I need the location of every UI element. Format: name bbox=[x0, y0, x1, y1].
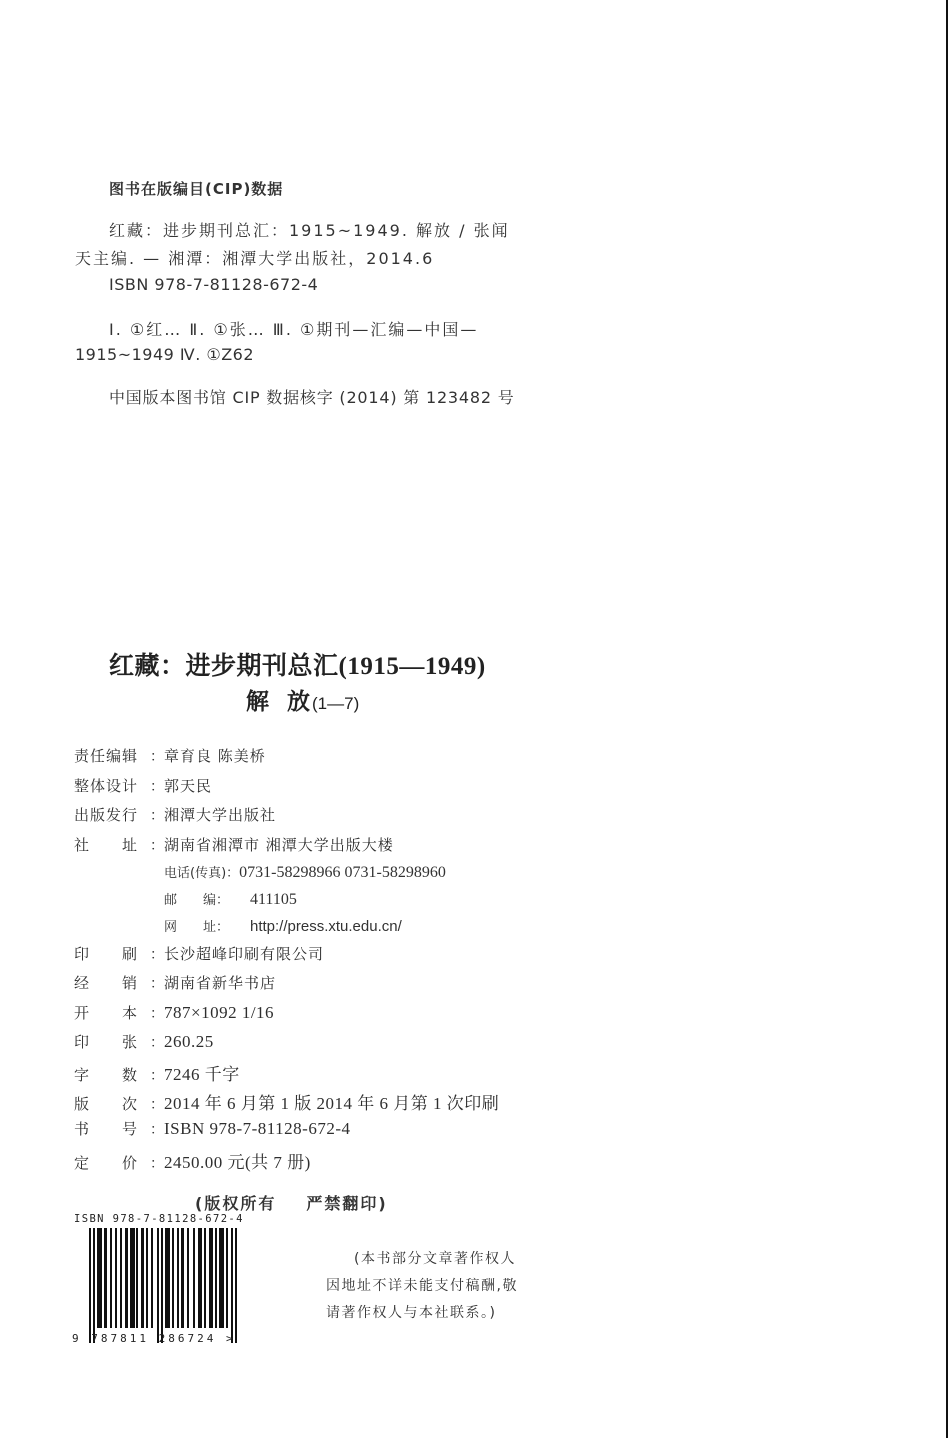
book-subtitle: 解放(1—7) bbox=[246, 683, 359, 716]
colophon-row-postcode: 邮 编：411105 bbox=[164, 889, 297, 909]
colophon-row-address: 社 址：湖南省湘潭市 湘潭大学出版大楼 bbox=[74, 834, 394, 858]
notice-line-2: 因地址不详未能支付稿酬,敬 bbox=[326, 1275, 518, 1295]
row-value: 2450.00 元(共 7 册) bbox=[164, 1153, 311, 1172]
row-value: 章育良 陈美桥 bbox=[164, 747, 266, 765]
website-link[interactable]: http://press.xtu.edu.cn/ bbox=[250, 918, 402, 935]
row-value: 长沙超峰印刷有限公司 bbox=[164, 945, 324, 963]
row-label: 整体设计 bbox=[74, 775, 150, 796]
row-value: 湖南省新华书店 bbox=[164, 974, 276, 992]
colophon-row-phone: 电话(传真)：0731-58298966 0731-58298960 bbox=[164, 862, 446, 882]
row-label: 字 数 bbox=[74, 1064, 150, 1085]
row-label: 定 价 bbox=[74, 1152, 150, 1173]
notice-line-3: 请著作权人与本社联系。) bbox=[326, 1302, 496, 1322]
cip-classification-line-2: 1915~1949 Ⅳ. ①Z62 bbox=[75, 345, 254, 364]
cip-isbn: ISBN 978-7-81128-672-4 bbox=[109, 275, 318, 294]
row-label: 出版发行 bbox=[74, 804, 150, 825]
barcode-icon bbox=[89, 1228, 241, 1343]
subtitle-char-2: 放 bbox=[287, 689, 310, 714]
row-label: 版 次 bbox=[74, 1093, 150, 1114]
row-label: 印 张 bbox=[74, 1031, 150, 1052]
row-value: 湘潭大学出版社 bbox=[164, 806, 276, 824]
row-value: ISBN 978-7-81128-672-4 bbox=[164, 1119, 351, 1138]
row-value: 787×1092 1/16 bbox=[164, 1003, 274, 1022]
row-label: 经 销 bbox=[74, 972, 150, 993]
colophon-row-edition: 版 次：2014 年 6 月第 1 版 2014 年 6 月第 1 次印刷 bbox=[74, 1089, 499, 1113]
row-value: 湖南省湘潭市 湘潭大学出版大楼 bbox=[164, 836, 394, 854]
row-value: 0731-58298966 0731-58298960 bbox=[239, 864, 446, 881]
row-value: 7246 千字 bbox=[164, 1065, 240, 1084]
row-value: 411105 bbox=[250, 891, 297, 908]
cip-title-line-1: 红藏：进步期刊总汇：1915~1949. 解放 / 张闻 bbox=[109, 218, 510, 241]
cip-number: 中国版本图书馆 CIP 数据核字 (2014) 第 123482 号 bbox=[109, 385, 515, 408]
cip-heading: 图书在版编目(CIP)数据 bbox=[109, 178, 283, 199]
book-title: 红藏：进步期刊总汇(1915—1949) bbox=[109, 646, 486, 682]
colophon-row-format: 开 本：787×1092 1/16 bbox=[74, 1002, 274, 1026]
subtitle-char-1: 解 bbox=[246, 689, 269, 714]
colophon-row-price: 定 价：2450.00 元(共 7 册) bbox=[74, 1148, 311, 1172]
row-label: 电话(传真)： bbox=[164, 862, 239, 881]
cip-classification-line-1: Ⅰ. ①红… Ⅱ. ①张… Ⅲ. ①期刊—汇编—中国— bbox=[109, 317, 478, 340]
row-label: 开 本 bbox=[74, 1002, 150, 1023]
row-label: 印 刷 bbox=[74, 943, 150, 964]
colophon-row-book-number: 书 号：ISBN 978-7-81128-672-4 bbox=[74, 1118, 351, 1142]
colophon-row-publisher: 出版发行：湘潭大学出版社 bbox=[74, 804, 276, 828]
colophon-row-editors: 责任编辑：章育良 陈美桥 bbox=[74, 745, 266, 769]
row-value: 2014 年 6 月第 1 版 2014 年 6 月第 1 次印刷 bbox=[164, 1094, 499, 1113]
row-value: 260.25 bbox=[164, 1032, 214, 1051]
colophon-row-distributor: 经 销：湖南省新华书店 bbox=[74, 972, 276, 996]
colophon-row-website: 网 址：http://press.xtu.edu.cn/ bbox=[164, 916, 402, 936]
barcode-isbn-text: ISBN 978-7-81128-672-4 bbox=[74, 1213, 244, 1225]
colophon-row-design: 整体设计：郭天民 bbox=[74, 775, 212, 799]
row-label: 社 址 bbox=[74, 834, 150, 855]
colophon-row-printer: 印 刷：长沙超峰印刷有限公司 bbox=[74, 943, 324, 967]
row-label: 责任编辑 bbox=[74, 745, 150, 766]
cip-title-line-2: 天主编. — 湘潭：湘潭大学出版社，2014.6 bbox=[75, 246, 434, 269]
volume-range: (1—7) bbox=[312, 694, 359, 713]
row-label: 书 号 bbox=[74, 1118, 150, 1139]
colophon-row-word-count: 字 数：7246 千字 bbox=[74, 1060, 240, 1084]
row-label: 网 址： bbox=[164, 916, 250, 935]
copyright-notice: (版权所有严禁翻印) bbox=[195, 1191, 388, 1214]
colophon-row-sheets: 印 张：260.25 bbox=[74, 1031, 214, 1055]
notice-line-1: (本书部分文章著作权人 bbox=[354, 1248, 516, 1268]
row-value: 郭天民 bbox=[164, 777, 212, 795]
barcode-digits: 9 787811 286724 > bbox=[72, 1332, 236, 1345]
row-label: 邮 编： bbox=[164, 889, 250, 908]
